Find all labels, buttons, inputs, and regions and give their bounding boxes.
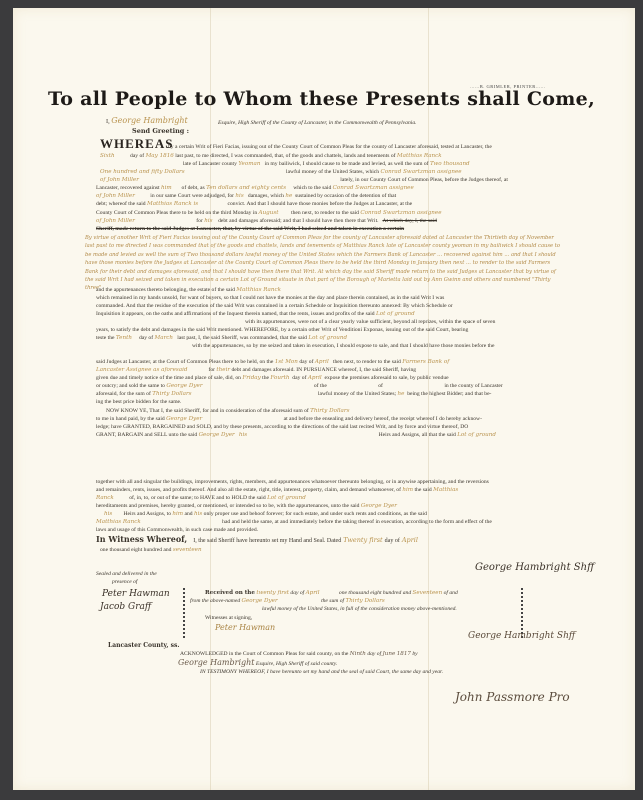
body-line: GRANT, BARGAIN and SELL unto the said Ge… xyxy=(96,431,496,439)
testimony-line: IN TESTIMONY WHEREOF, I have hereunto se… xyxy=(200,668,443,676)
body-line: together with all and singular the build… xyxy=(96,478,489,486)
body-line: teste the Tenth day of March last past, … xyxy=(96,334,347,342)
body-line: and the appurtenances thereto belonging,… xyxy=(96,286,281,294)
county-label: Lancaster County, ss. xyxy=(108,642,179,650)
body-line: NOW KNOW YE, That I, the said Sheriff, f… xyxy=(106,407,349,415)
receipt-border-left xyxy=(183,588,187,638)
body-line: said Judges at Lancaster, at the Court o… xyxy=(96,358,449,366)
whereas-line: debt; whereof the said Matthias Ranck is… xyxy=(96,200,412,208)
sheriff-name-handwritten: George Hambright xyxy=(111,116,188,125)
document-title: To all People to Whom these Presents sha… xyxy=(0,88,643,110)
witness-line: one thousand eight hundred and seventeen xyxy=(100,546,202,554)
body-line: Matthias Ranck had and held the same, at… xyxy=(96,518,492,526)
receipt-witness-signature: Peter Hawman xyxy=(215,623,275,632)
body-line: his Heirs and Assigns, to him and his on… xyxy=(96,510,427,518)
receipt-line: from the above-named George Dyer the sum… xyxy=(190,597,385,605)
body-line: or outcry; and sold the same to George D… xyxy=(96,382,503,390)
whereas-line: Sixth day of May 1816 last past, to me d… xyxy=(100,152,442,160)
body-line: laws and usage of this Commonwealth, in … xyxy=(96,526,258,534)
witness-signature: Jacob Graff xyxy=(100,602,151,612)
witness-line: In Witness Whereof, I, the said Sheriff … xyxy=(96,535,418,545)
whereas-line: County Court of Common Pleas there to be… xyxy=(96,209,442,217)
clerk-signature: John Passmore Pro xyxy=(455,690,570,704)
body-line: Ranck of, in, to, or out of the same; to… xyxy=(96,494,306,502)
witness-signature: Peter Hawman xyxy=(102,589,170,599)
whereas-line: by a certain Writ of Fieri Facias, issui… xyxy=(168,143,492,151)
body-line: Lancaster Assignee as aforesaid for thei… xyxy=(96,366,416,374)
whereas-line: One hundred and fifty Dollars lawful mon… xyxy=(100,168,462,176)
presence-label: presence of xyxy=(112,578,137,586)
handwritten-insert: By virtue of another Writ of Fieri Facia… xyxy=(85,234,565,293)
acknowledgment-line: ACKNOWLEDGED in the Court of Common Plea… xyxy=(180,650,418,658)
body-line: ing the best price bidden for the same. xyxy=(96,398,181,406)
intro-prefix: I, xyxy=(106,118,110,125)
body-line: ledge; have GRANTED, BARGAINED and SOLD,… xyxy=(96,423,468,431)
witness-label: Witnesses at signing, xyxy=(205,614,252,622)
whereas-line: of John Miller for his debt and damages … xyxy=(96,217,437,225)
acknowledgment-line: George Hambright Esquire, High Sheriff o… xyxy=(178,659,337,668)
body-line: and remainders, rents, issues, and profi… xyxy=(96,486,458,494)
receipt-line: lawful money of the United States, in fu… xyxy=(262,605,457,613)
receipt-signature: George Hambright Shff xyxy=(468,631,575,641)
body-line: which remained in my hands unsold, for w… xyxy=(96,294,444,302)
body-line: commanded. And that the residue of the e… xyxy=(96,302,453,310)
receipt-line: Received on the twenty first day of Apri… xyxy=(205,589,458,597)
witness-heading: In Witness Whereof, xyxy=(96,534,187,544)
body-line: years, to satisfy the debt and damages i… xyxy=(96,326,468,334)
body-line: to me in hand paid, by the said George D… xyxy=(96,415,482,423)
sealed-label: Sealed and delivered in the xyxy=(96,570,157,578)
whereas-line: Lancaster, recovered against him of debt… xyxy=(96,184,414,192)
body-line: given due and timely notice of the time … xyxy=(96,374,449,382)
body-line: with the appurtenances, so by me seized … xyxy=(192,342,494,350)
whereas-line: of John Miller lately, in our County Cou… xyxy=(100,176,508,184)
body-line: aforesaid, for the sum of Thirty Dollars… xyxy=(96,390,491,398)
sheriff-signature: George Hambright Shff xyxy=(475,562,594,573)
body-line: with its appurtenances, were not of a cl… xyxy=(245,318,495,326)
sheriff-intro-text: Esquire, High Sheriff of the County of L… xyxy=(218,119,417,127)
whereas-heading: WHEREAS xyxy=(100,136,173,152)
body-line: Inquisition it appears, on the oaths and… xyxy=(96,310,415,318)
whereas-line: of John Miller in our same Court were ad… xyxy=(96,192,396,200)
sheriff-intro: I, George Hambright xyxy=(106,117,188,126)
body-line: hereditaments and premises, hereby grant… xyxy=(96,502,397,510)
whereas-line: late of Lancaster county Yeoman in my ba… xyxy=(183,160,470,168)
struck-through-line: Sheriff, made return to the said Judges … xyxy=(96,225,404,233)
greeting: Send Greeting : xyxy=(132,127,189,135)
